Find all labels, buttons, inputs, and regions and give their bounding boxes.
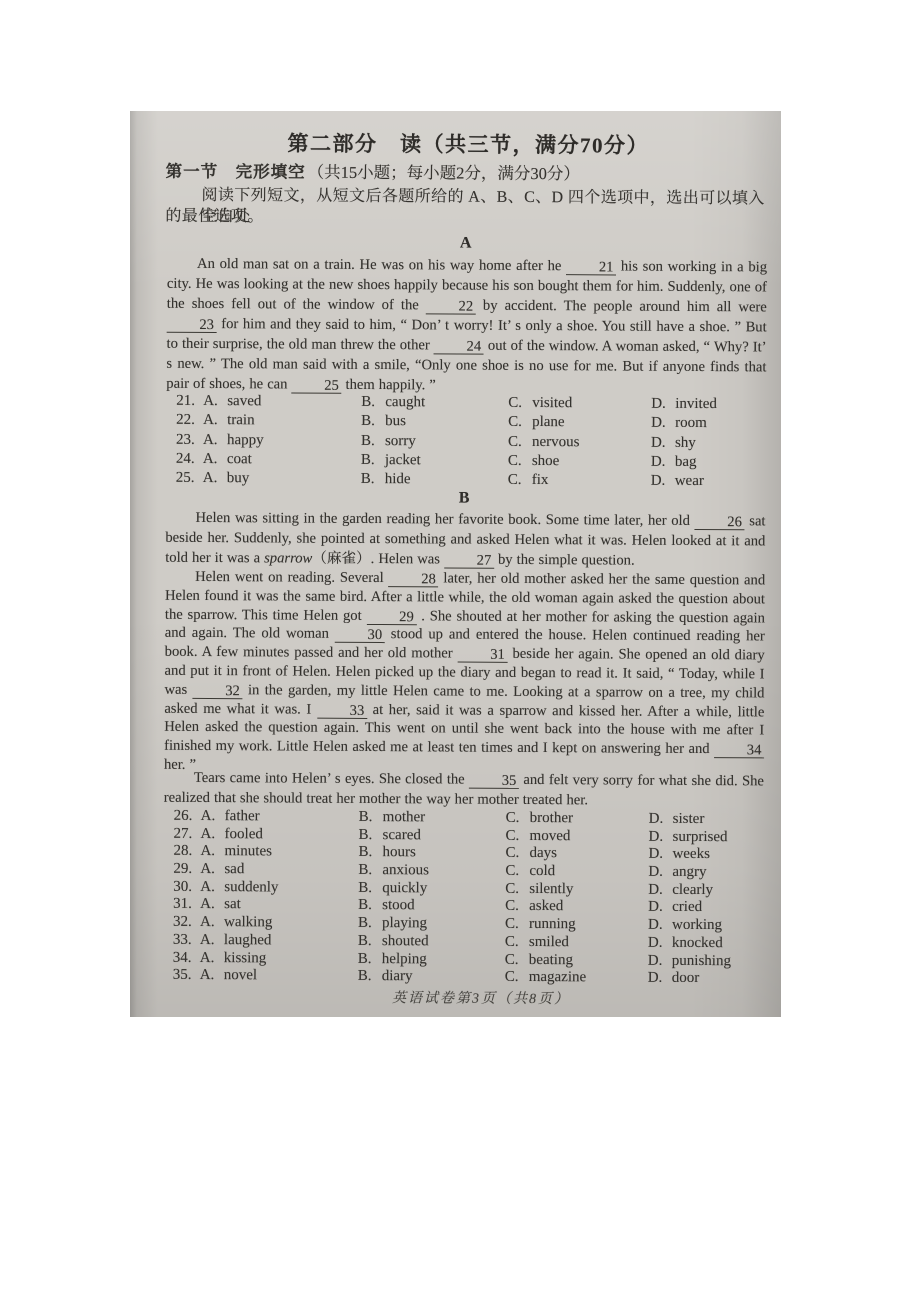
option-letter: B. [361,470,385,489]
passage-B-paragraph-3: Tears came into Helen’ s eyes. She close… [164,769,764,812]
section-heading: 第一节 完形填空（共15小题；每小题2分，满分30分） [166,161,580,186]
option-letter: D. [648,846,672,864]
question-number: 24. [176,450,203,469]
question-number: 21. [176,392,203,411]
option-28-C: C.days [505,845,648,864]
option-33-B: B.shouted [358,933,505,952]
passage-label-B: B [130,488,779,510]
option-31-A: A.sat [200,896,358,915]
option-letter: B. [361,412,385,431]
option-34-B: B.helping [358,950,505,969]
option-22-D: D.room [651,414,779,434]
option-31-D: D.cried [648,899,776,917]
option-letter: A. [200,949,224,967]
option-letter: B. [361,432,385,451]
option-26-A: A.father [201,808,359,827]
option-25-D: D.wear [651,472,779,492]
option-letter: A. [200,914,224,932]
option-letter: A. [200,896,224,914]
options-block-B: 26.A.fatherB.motherC.brotherD.sister27.A… [130,807,777,988]
cloze-blank-34: 34 [714,743,764,758]
option-letter: B. [359,809,383,827]
option-22-A: A.train [203,411,361,431]
option-letter: B. [358,862,382,880]
option-letter: C. [508,432,532,451]
passages-container: AAn old man sat on a train. He was on hi… [130,111,781,114]
option-23-D: D.shy [651,433,779,453]
cloze-blank-21: 21 [566,260,616,275]
option-25-C: C.fix [508,471,651,491]
option-letter: A. [203,392,227,411]
option-34-C: C.beating [505,951,648,970]
option-letter: B. [361,393,385,412]
cloze-blank-23: 23 [167,318,217,333]
page-footer: 英语试卷第3页（共8页） [130,985,776,1009]
option-27-C: C.moved [506,828,649,847]
question-number: 25. [176,469,203,488]
option-29-A: A.sad [200,861,358,880]
option-letter: C. [508,413,532,432]
passage-label-A: A [130,233,780,255]
option-letter: A. [200,967,224,985]
question-number: 31. [173,896,200,914]
option-letter: C. [505,969,529,987]
option-letter: D. [648,935,672,953]
instruction-line-2: 的最佳选项。 [165,206,264,228]
option-letter: D. [648,881,672,899]
option-32-D: D.working [648,917,776,935]
option-30-B: B.quickly [358,880,505,899]
option-28-A: A.minutes [200,843,358,862]
option-28-D: D.weeks [648,846,776,864]
cloze-blank-27: 27 [444,553,494,568]
passage-B-paragraph-2: Helen went on reading. Several 28 later,… [164,568,765,778]
cloze-blank-30: 30 [335,628,385,643]
question-number: 34. [173,949,200,967]
option-letter: B. [358,950,382,968]
cloze-blank-33: 33 [317,703,367,718]
option-35-A: A.novel [200,967,358,986]
question-number: 27. [174,825,201,843]
italic-term: sparrow [264,550,312,566]
option-letter: B. [359,827,383,845]
option-letter: C. [508,452,532,471]
option-27-A: A.fooled [201,826,359,845]
option-23-C: C.nervous [508,432,651,452]
passage-B-paragraph-1: Helen was sitting in the garden reading … [165,508,765,572]
question-number: 35. [173,967,200,985]
option-27-B: B.scared [359,827,506,846]
cloze-blank-35: 35 [469,774,519,789]
cloze-blank-26: 26 [695,515,745,530]
cloze-blank-24: 24 [434,339,484,354]
option-23-A: A.happy [203,431,361,451]
option-31-B: B.stood [358,897,505,916]
option-30-D: D.clearly [648,881,776,899]
option-25-A: A.buy [203,469,361,489]
option-letter: D. [648,952,672,970]
options-block-A: 21.A.savedB.caughtC.visitedD.invited22.A… [130,392,779,492]
option-35-D: D.door [648,970,776,988]
option-30-C: C.silently [505,881,648,900]
cloze-blank-22: 22 [426,299,476,314]
option-letter: D. [648,917,672,935]
option-letter: B. [361,451,385,470]
option-letter: C. [505,916,529,934]
option-letter: C. [505,934,529,952]
instruction-line-1: 阅读下列短文，从短文后各题所给的 A、B、C、D 四个选项中，选出可以填入空白处 [201,185,780,231]
option-26-B: B.mother [359,809,506,828]
option-21-A: A.saved [203,392,361,412]
option-letter: C. [505,898,529,916]
passage-A-paragraph-1: An old man sat on a train. He was on his… [166,254,767,398]
question-number: 32. [173,914,200,932]
exam-page-photo: 第二部分 读（共三节，满分70分） 第一节 完形填空（共15小题；每小题2分，满… [130,111,781,1017]
cloze-blank-31: 31 [458,648,508,663]
option-32-B: B.playing [358,915,505,934]
option-21-B: B.caught [361,393,508,413]
option-24-A: A.coat [203,450,361,470]
option-29-C: C.cold [505,863,648,882]
option-22-B: B.bus [361,412,508,432]
option-33-D: D.knocked [648,935,776,953]
option-34-A: A.kissing [200,949,358,968]
option-letter: B. [358,968,382,986]
option-letter: C. [505,951,529,969]
option-22-C: C.plane [508,413,651,433]
option-letter: B. [358,844,382,862]
option-26-D: D.sister [649,811,777,829]
question-number: 26. [174,808,201,826]
option-35-C: C.magazine [505,969,648,988]
option-31-C: C.asked [505,898,648,917]
option-letter: A. [201,826,225,844]
question-number: 28. [173,843,200,861]
option-21-C: C.visited [508,394,651,414]
question-number: 33. [173,932,200,950]
option-letter: A. [200,932,224,950]
option-32-A: A.walking [200,914,358,933]
option-33-C: C.smiled [505,934,648,953]
question-number: 30. [173,879,200,897]
option-letter: D. [648,864,672,882]
option-32-C: C.running [505,916,648,935]
exam-page-content: 第二部分 读（共三节，满分70分） 第一节 完形填空（共15小题；每小题2分，满… [130,111,781,1017]
cloze-blank-25: 25 [291,379,341,394]
option-34-D: D.punishing [648,952,776,970]
option-23-B: B.sorry [361,432,508,452]
question-number: 22. [176,411,203,430]
option-33-A: A.laughed [200,932,358,951]
option-28-B: B.hours [358,844,505,863]
option-letter: A. [200,879,224,897]
cloze-blank-29: 29 [366,610,416,625]
option-letter: B. [358,897,382,915]
section-heading-detail: （共15小题；每小题2分，满分30分） [308,163,580,184]
option-letter: D. [648,970,672,988]
option-letter: D. [649,828,673,846]
option-letter: A. [200,861,224,879]
option-letter: B. [358,915,382,933]
option-letter: C. [505,881,529,899]
option-letter: C. [506,828,530,846]
option-26-C: C.brother [506,810,649,829]
question-number: 23. [176,430,203,449]
option-letter: D. [651,472,675,491]
option-letter: D. [651,414,675,433]
option-29-B: B.anxious [358,862,505,881]
option-24-D: D.bag [651,453,779,473]
option-letter: C. [508,471,532,490]
option-25-B: B.hide [361,470,508,490]
option-letter: D. [648,899,672,917]
cloze-blank-28: 28 [388,572,438,587]
option-letter: C. [508,394,532,413]
part-title: 第二部分 读（共三节，满分70分） [130,128,781,162]
question-number: 29. [173,861,200,879]
option-letter: D. [651,433,675,452]
option-letter: D. [649,811,673,829]
option-letter: C. [505,845,529,863]
option-letter: C. [505,863,529,881]
option-27-D: D.surprised [649,828,777,846]
option-24-C: C.shoe [508,452,651,472]
option-letter: D. [651,453,675,472]
option-letter: A. [203,469,227,488]
option-letter: B. [358,933,382,951]
option-21-D: D.invited [651,395,779,415]
option-letter: A. [203,450,227,469]
question-row-35: 35.A.novelB.diaryC.magazineD.door [130,967,776,989]
option-letter: A. [201,808,225,826]
option-24-B: B.jacket [361,451,508,471]
option-letter: C. [506,810,530,828]
option-letter: D. [651,395,675,414]
option-letter: A. [200,843,224,861]
option-letter: A. [203,411,227,430]
option-35-B: B.diary [358,968,505,987]
option-30-A: A.suddenly [200,879,358,898]
option-letter: A. [203,431,227,450]
cloze-blank-32: 32 [193,684,243,699]
section-heading-name: 第一节 完形填空 [166,162,306,182]
option-letter: B. [358,880,382,898]
option-29-D: D.angry [648,864,776,882]
